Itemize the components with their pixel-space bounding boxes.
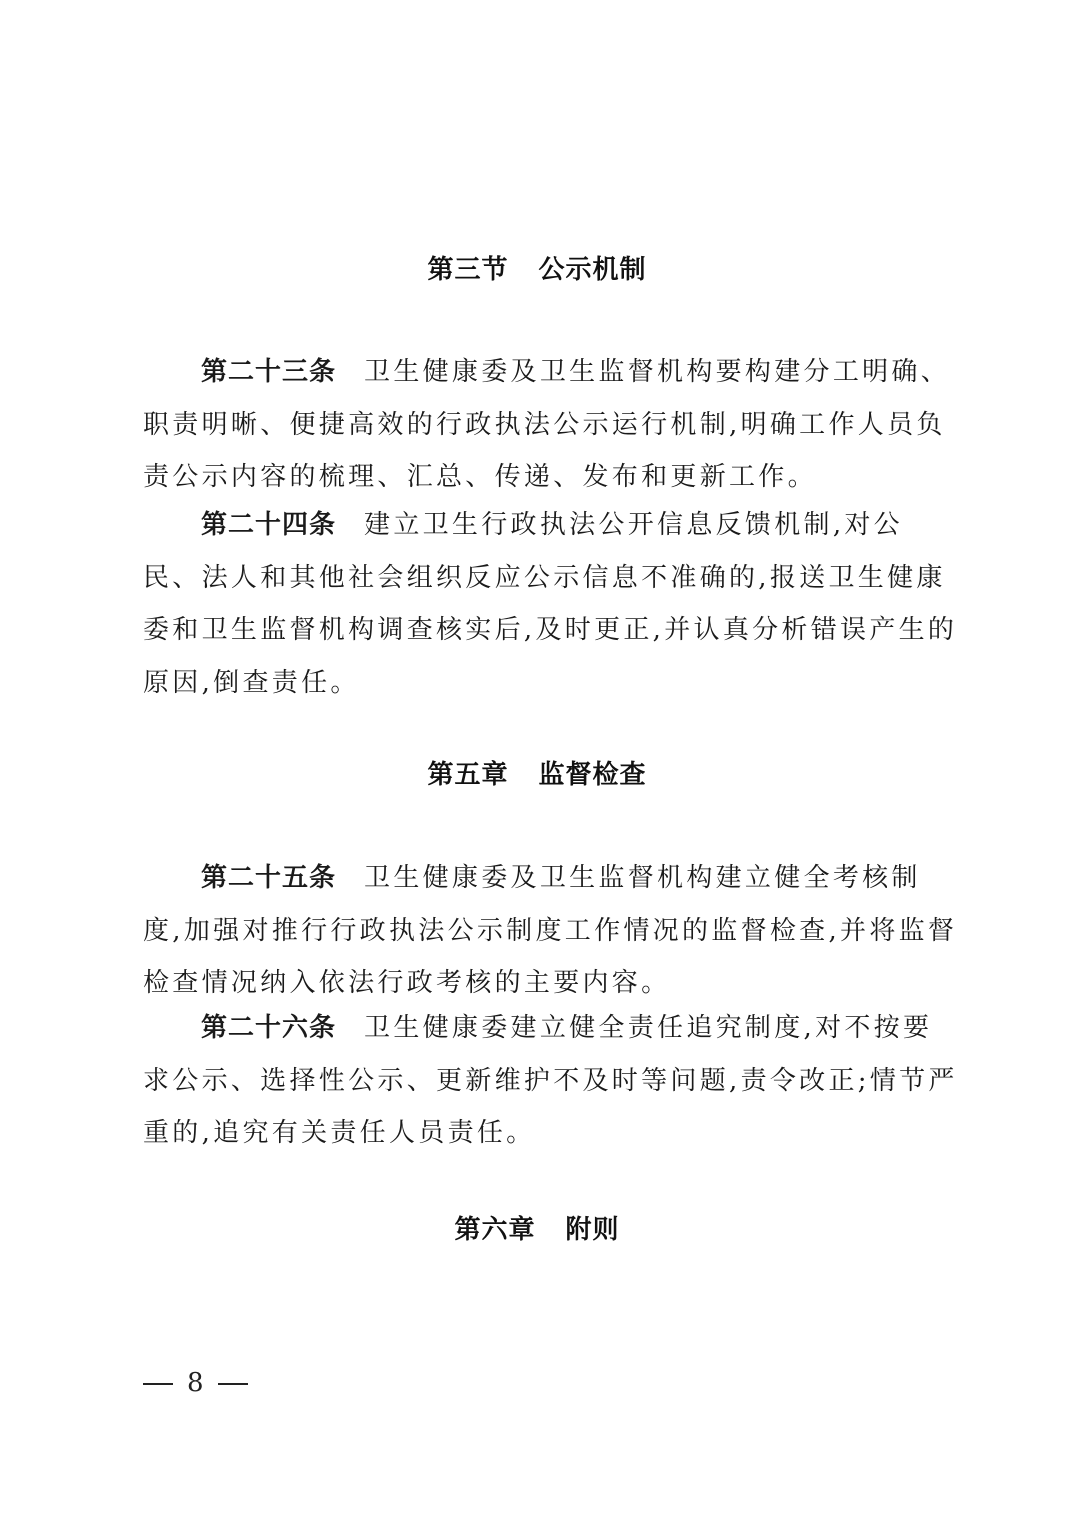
dash-left: [143, 1383, 173, 1385]
article-26: 第二十六条卫生健康委建立健全责任追究制度,对不按要 求公示、选择性公示、更新维护…: [143, 1002, 943, 1160]
chapter-heading-6: 第六章附则: [0, 1210, 1074, 1250]
document-page: 第三节公示机制 第二十三条卫生健康委及卫生监督机构要构建分工明确、 职责明晰、便…: [0, 0, 1074, 1520]
article-number: 第二十六条: [201, 1013, 336, 1043]
article-line: 第二十六条卫生健康委建立健全责任追究制度,对不按要: [143, 1002, 943, 1055]
page-number-value: 8: [187, 1368, 204, 1398]
article-line: 第二十三条卫生健康委及卫生监督机构要构建分工明确、: [143, 346, 943, 399]
chapter-heading-5: 第五章监督检查: [0, 755, 1074, 795]
article-line: 第二十四条建立卫生行政执法公开信息反馈机制,对公: [143, 499, 943, 552]
article-number: 第二十四条: [201, 510, 336, 540]
page-number: 8: [143, 1365, 248, 1401]
heading-prefix: 第五章: [427, 760, 508, 790]
heading-prefix: 第六章: [454, 1215, 535, 1245]
dash-right: [218, 1383, 248, 1385]
article-25: 第二十五条卫生健康委及卫生监督机构建立健全考核制 度,加强对推行行政执法公示制度…: [143, 852, 943, 1010]
article-line: 职责明晰、便捷高效的行政执法公示运行机制,明确工作人员负: [143, 399, 943, 452]
article-line: 度,加强对推行行政执法公示制度工作情况的监督检查,并将监督: [143, 905, 943, 958]
heading-title: 监督检查: [539, 760, 647, 790]
heading-title: 附则: [566, 1215, 620, 1245]
article-line: 重的,追究有关责任人员责任。: [143, 1107, 943, 1160]
article-line: 责公示内容的梳理、汇总、传递、发布和更新工作。: [143, 451, 943, 504]
article-line: 民、法人和其他社会组织反应公示信息不准确的,报送卫生健康: [143, 552, 943, 605]
article-number: 第二十三条: [201, 357, 336, 387]
heading-prefix: 第三节: [427, 255, 508, 285]
section-heading-3: 第三节公示机制: [0, 250, 1074, 290]
article-line: 原因,倒查责任。: [143, 657, 943, 710]
article-line: 求公示、选择性公示、更新维护不及时等问题,责令改正;情节严: [143, 1055, 943, 1108]
article-line: 委和卫生监督机构调查核实后,及时更正,并认真分析错误产生的: [143, 604, 943, 657]
article-line: 第二十五条卫生健康委及卫生监督机构建立健全考核制: [143, 852, 943, 905]
article-23: 第二十三条卫生健康委及卫生监督机构要构建分工明确、 职责明晰、便捷高效的行政执法…: [143, 346, 943, 504]
article-number: 第二十五条: [201, 863, 336, 893]
article-24: 第二十四条建立卫生行政执法公开信息反馈机制,对公 民、法人和其他社会组织反应公示…: [143, 499, 943, 709]
heading-title: 公示机制: [539, 255, 647, 285]
